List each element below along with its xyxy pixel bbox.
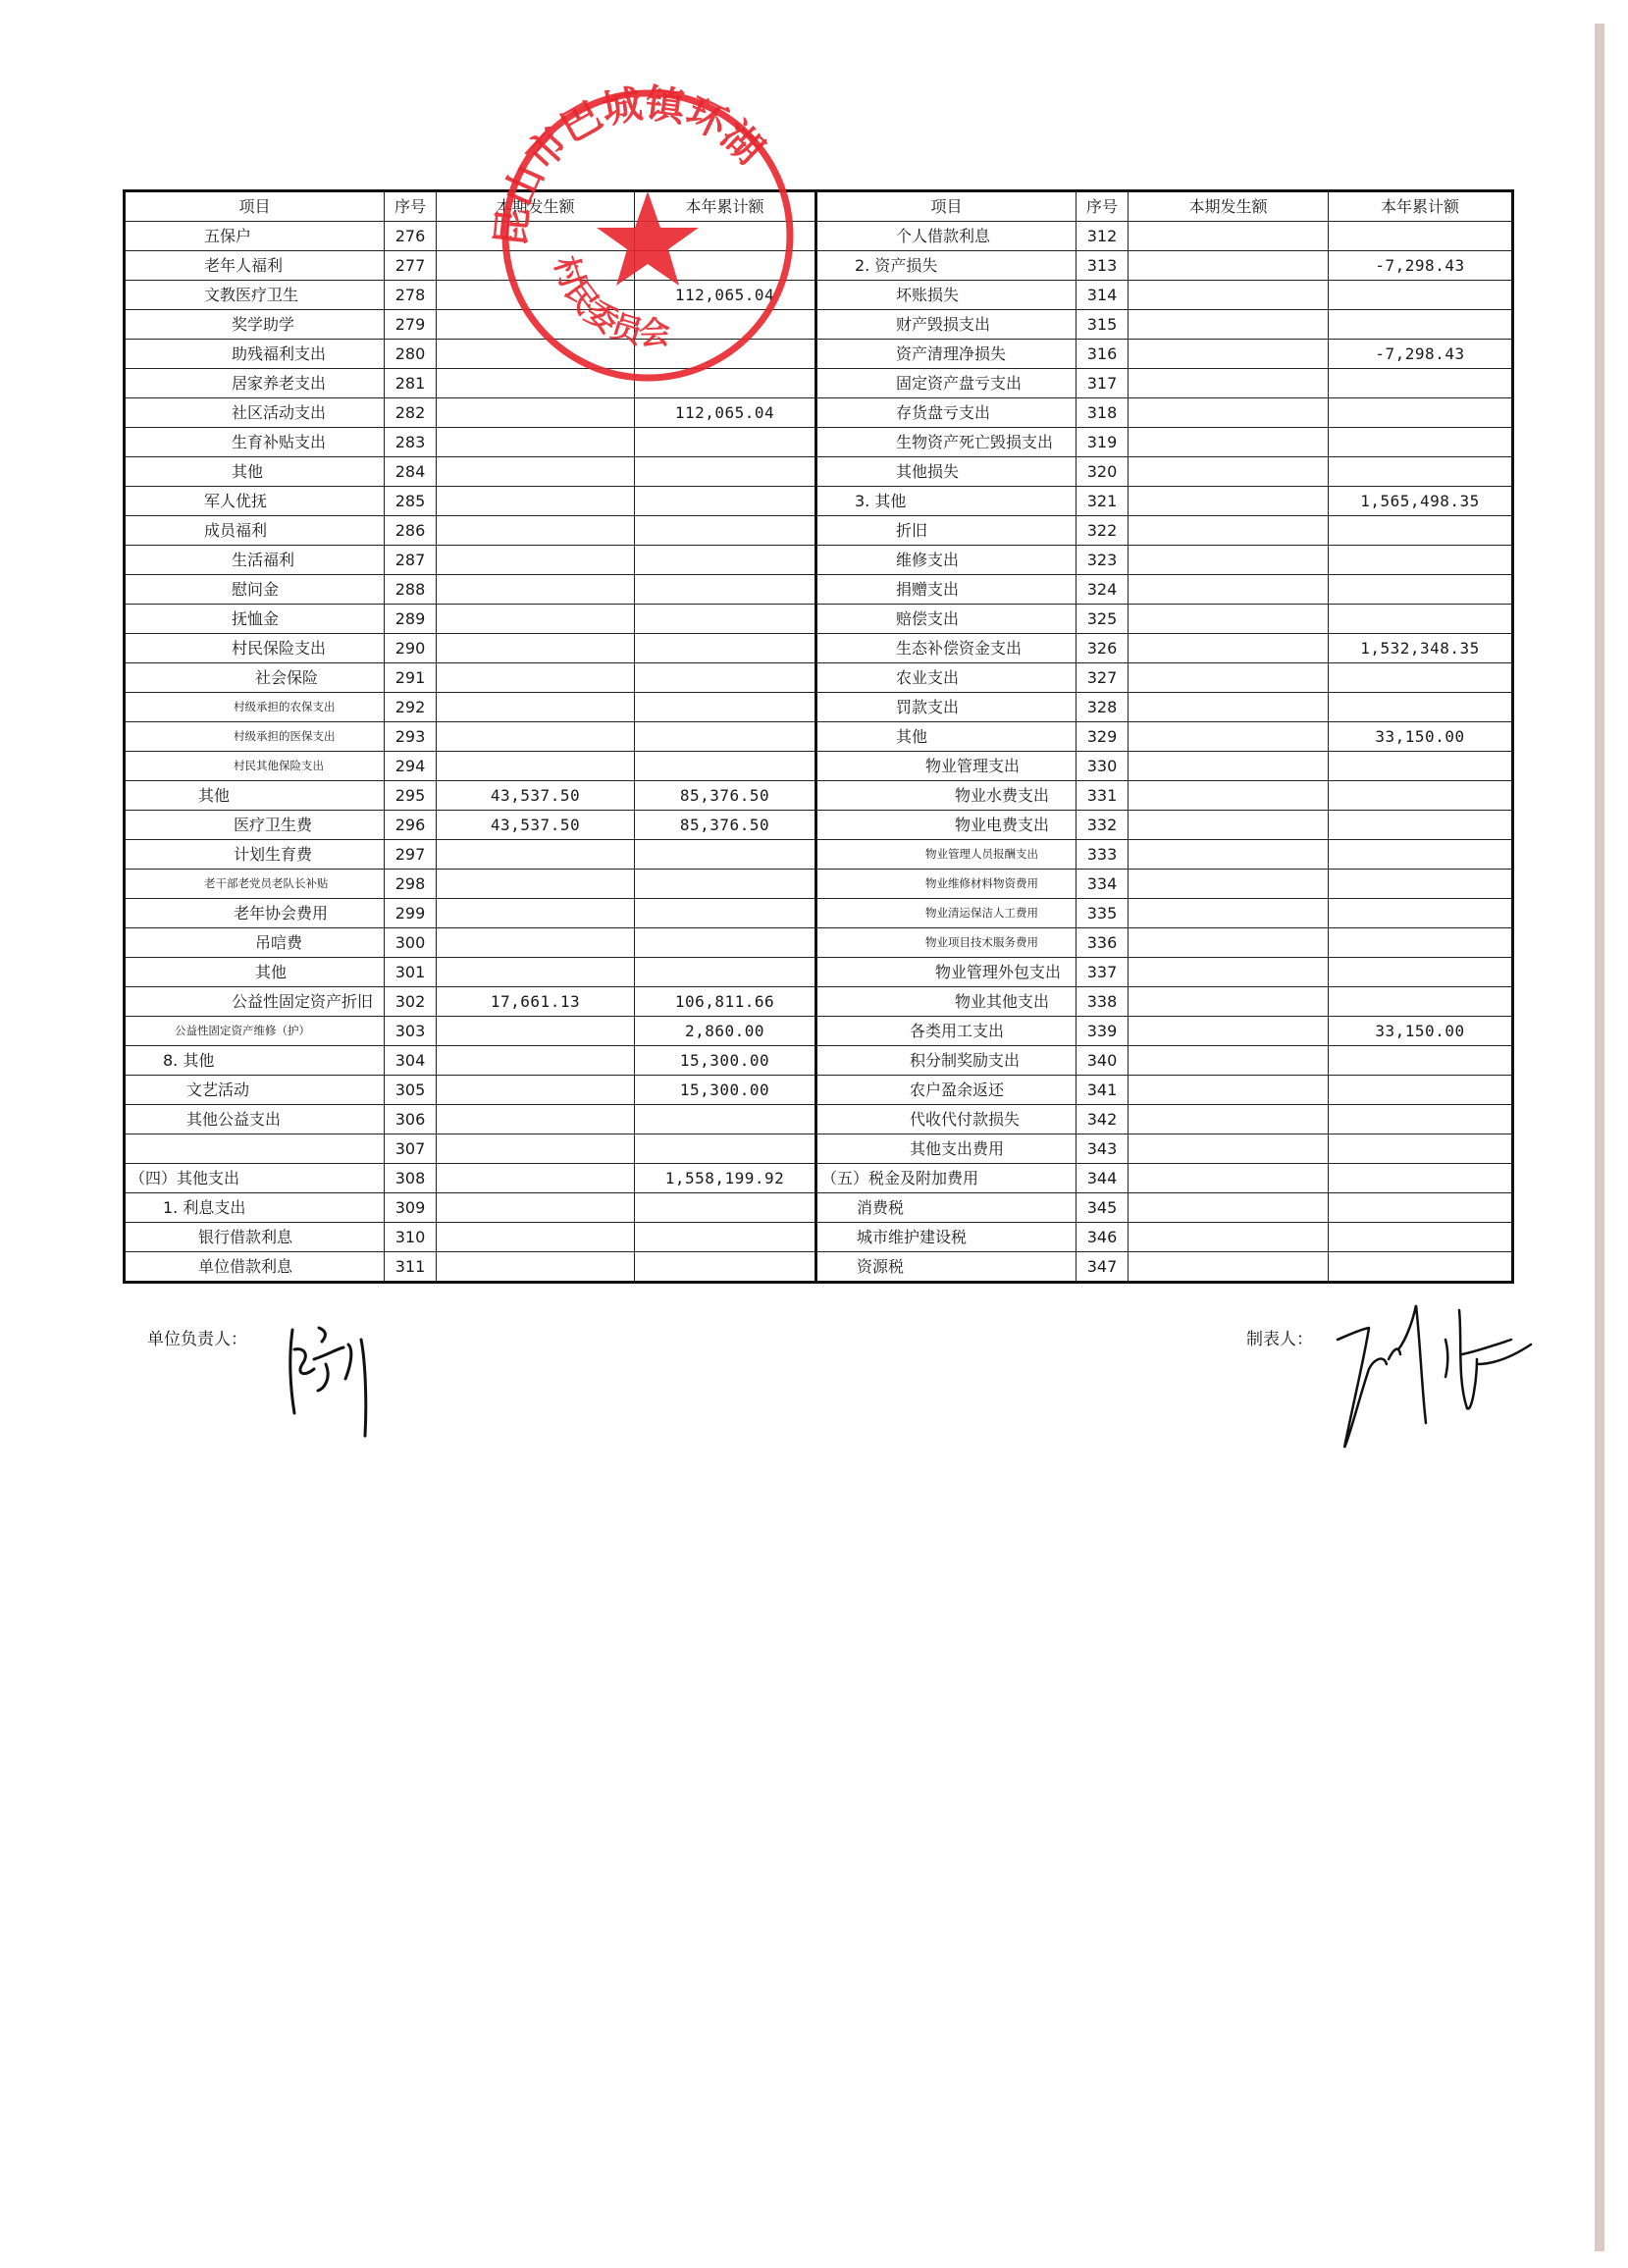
- current-amount-cell: [1129, 516, 1329, 546]
- current-amount-cell: [437, 428, 635, 457]
- seq-cell: 343: [1077, 1134, 1129, 1164]
- seq-cell: 284: [385, 457, 437, 487]
- seq-cell: 314: [1077, 281, 1129, 310]
- current-amount-cell: [1129, 1252, 1329, 1283]
- ytd-amount-cell: [635, 516, 816, 546]
- ytd-amount-cell: [1329, 605, 1513, 634]
- seq-cell: 327: [1077, 663, 1129, 693]
- item-name-cell: 公益性固定资产维修（护）: [125, 1017, 385, 1046]
- current-amount-cell: 43,537.50: [437, 781, 635, 811]
- ytd-amount-cell: [635, 340, 816, 369]
- item-name-cell: 赔偿支出: [816, 605, 1077, 634]
- table-row: 医疗卫生费29643,537.5085,376.50物业电费支出332: [125, 811, 1513, 840]
- item-name-cell: 抚恤金: [125, 605, 385, 634]
- seq-cell: 338: [1077, 987, 1129, 1017]
- seq-cell: 317: [1077, 369, 1129, 398]
- seq-cell: 288: [385, 575, 437, 605]
- table-row: 银行借款利息310城市维护建设税346: [125, 1223, 1513, 1252]
- ytd-amount-cell: [1329, 516, 1513, 546]
- current-amount-cell: [437, 281, 635, 310]
- table-row: 307其他支出费用343: [125, 1134, 1513, 1164]
- current-amount-cell: [1129, 722, 1329, 752]
- item-name-cell: 物业其他支出: [816, 987, 1077, 1017]
- seq-cell: 277: [385, 251, 437, 281]
- current-amount-cell: [1129, 1223, 1329, 1252]
- item-name-cell: 老干部老党员老队长补贴: [125, 870, 385, 899]
- seq-cell: 322: [1077, 516, 1129, 546]
- table-row: 其他284其他损失320: [125, 457, 1513, 487]
- header-item-left: 项目: [125, 191, 385, 222]
- seq-cell: 278: [385, 281, 437, 310]
- seq-cell: 280: [385, 340, 437, 369]
- seq-cell: 298: [385, 870, 437, 899]
- item-name-cell: 3. 其他: [816, 487, 1077, 516]
- expense-report-table: 项目 序号 本期发生额 本年累计额 项目 序号 本期发生额 本年累计额 五保户2…: [123, 189, 1514, 1284]
- table-row: 生育补贴支出283生物资产死亡毁损支出319: [125, 428, 1513, 457]
- table-row: 其他公益支出306代收代付款损失342: [125, 1105, 1513, 1134]
- item-name-cell: 城市维护建设税: [816, 1223, 1077, 1252]
- ytd-amount-cell: 112,065.04: [635, 281, 816, 310]
- table-row: 公益性固定资产折旧30217,661.13106,811.66物业其他支出338: [125, 987, 1513, 1017]
- ytd-amount-cell: [635, 634, 816, 663]
- table-row: 社区活动支出282112,065.04存货盘亏支出318: [125, 398, 1513, 428]
- current-amount-cell: [1129, 310, 1329, 340]
- seq-cell: 289: [385, 605, 437, 634]
- current-amount-cell: [437, 1164, 635, 1193]
- table-row: 1. 利息支出309消费税345: [125, 1193, 1513, 1223]
- ytd-amount-cell: 106,811.66: [635, 987, 816, 1017]
- table-row: 老年人福利2772. 资产损失313-7,298.43: [125, 251, 1513, 281]
- seq-cell: 304: [385, 1046, 437, 1076]
- ytd-amount-cell: [1329, 1164, 1513, 1193]
- current-amount-cell: [1129, 987, 1329, 1017]
- table-row: 抚恤金289赔偿支出325: [125, 605, 1513, 634]
- table-header-row: 项目 序号 本期发生额 本年累计额 项目 序号 本期发生额 本年累计额: [125, 191, 1513, 222]
- item-name-cell: 物业管理外包支出: [816, 958, 1077, 987]
- current-amount-cell: [1129, 1193, 1329, 1223]
- current-amount-cell: [1129, 781, 1329, 811]
- current-amount-cell: [1129, 928, 1329, 958]
- item-name-cell: 文教医疗卫生: [125, 281, 385, 310]
- current-amount-cell: [437, 1193, 635, 1223]
- seq-cell: 310: [385, 1223, 437, 1252]
- current-amount-cell: [437, 1046, 635, 1076]
- item-name-cell: 8. 其他: [125, 1046, 385, 1076]
- item-name-cell: 资源税: [816, 1252, 1077, 1283]
- table-row: 老干部老党员老队长补贴298物业维修材料物资费用334: [125, 870, 1513, 899]
- item-name-cell: 村级承担的农保支出: [125, 693, 385, 722]
- seq-cell: 324: [1077, 575, 1129, 605]
- current-amount-cell: [1129, 663, 1329, 693]
- item-name-cell: 生态补偿资金支出: [816, 634, 1077, 663]
- table-row: 慰问金288捐赠支出324: [125, 575, 1513, 605]
- item-name-cell: 村民其他保险支出: [125, 752, 385, 781]
- current-amount-cell: [437, 1223, 635, 1252]
- seq-cell: 309: [385, 1193, 437, 1223]
- seq-cell: 341: [1077, 1076, 1129, 1105]
- current-amount-cell: [437, 310, 635, 340]
- seq-cell: 331: [1077, 781, 1129, 811]
- current-amount-cell: [437, 1134, 635, 1164]
- item-name-cell: 罚款支出: [816, 693, 1077, 722]
- seq-cell: 332: [1077, 811, 1129, 840]
- seq-cell: 282: [385, 398, 437, 428]
- seq-cell: 323: [1077, 546, 1129, 575]
- header-current-left: 本期发生额: [437, 191, 635, 222]
- seq-cell: 296: [385, 811, 437, 840]
- ytd-amount-cell: 33,150.00: [1329, 722, 1513, 752]
- current-amount-cell: [437, 693, 635, 722]
- seq-cell: 300: [385, 928, 437, 958]
- current-amount-cell: 17,661.13: [437, 987, 635, 1017]
- current-amount-cell: [437, 840, 635, 870]
- item-name-cell: 其他支出费用: [816, 1134, 1077, 1164]
- table-row: 计划生育费297物业管理人员报酬支出333: [125, 840, 1513, 870]
- item-name-cell: 其他公益支出: [125, 1105, 385, 1134]
- current-amount-cell: [437, 634, 635, 663]
- item-name-cell: 村民保险支出: [125, 634, 385, 663]
- ytd-amount-cell: [1329, 457, 1513, 487]
- seq-cell: 292: [385, 693, 437, 722]
- current-amount-cell: [437, 369, 635, 398]
- seq-cell: 345: [1077, 1193, 1129, 1223]
- item-name-cell: 维修支出: [816, 546, 1077, 575]
- ytd-amount-cell: [1329, 899, 1513, 928]
- ytd-amount-cell: [1329, 870, 1513, 899]
- item-name-cell: （五）税金及附加费用: [816, 1164, 1077, 1193]
- seq-cell: 290: [385, 634, 437, 663]
- item-name-cell: 存货盘亏支出: [816, 398, 1077, 428]
- seq-cell: 276: [385, 222, 437, 251]
- item-name-cell: 积分制奖励支出: [816, 1046, 1077, 1076]
- ytd-amount-cell: [1329, 310, 1513, 340]
- current-amount-cell: [437, 516, 635, 546]
- scan-edge-bar: [1595, 24, 1604, 2251]
- item-name-cell: 物业水费支出: [816, 781, 1077, 811]
- ytd-amount-cell: [635, 222, 816, 251]
- seq-cell: 344: [1077, 1164, 1129, 1193]
- current-amount-cell: [437, 1017, 635, 1046]
- table-row: 军人优抚2853. 其他3211,565,498.35: [125, 487, 1513, 516]
- current-amount-cell: [1129, 251, 1329, 281]
- item-name-cell: 银行借款利息: [125, 1223, 385, 1252]
- current-amount-cell: [1129, 1046, 1329, 1076]
- seq-cell: 321: [1077, 487, 1129, 516]
- item-name-cell: 坏账损失: [816, 281, 1077, 310]
- ytd-amount-cell: [1329, 428, 1513, 457]
- current-amount-cell: [1129, 840, 1329, 870]
- unit-head-label: 单位负责人：: [147, 1325, 247, 1349]
- table-row: 文教医疗卫生278112,065.04坏账损失314: [125, 281, 1513, 310]
- item-name-cell: 社会保险: [125, 663, 385, 693]
- item-name-cell: 老年协会费用: [125, 899, 385, 928]
- seq-cell: 342: [1077, 1105, 1129, 1134]
- table-row: 8. 其他30415,300.00积分制奖励支出340: [125, 1046, 1513, 1076]
- ytd-amount-cell: 1,558,199.92: [635, 1164, 816, 1193]
- ytd-amount-cell: [635, 1223, 816, 1252]
- table-row: 吊唁费300物业项目技术服务费用336: [125, 928, 1513, 958]
- ytd-amount-cell: [635, 722, 816, 752]
- header-seq-right: 序号: [1077, 191, 1129, 222]
- seq-cell: 307: [385, 1134, 437, 1164]
- table-row: 成员福利286折旧322: [125, 516, 1513, 546]
- table-row: 奖学助学279财产毁损支出315: [125, 310, 1513, 340]
- seq-cell: 308: [385, 1164, 437, 1193]
- item-name-cell: 代收代付款损失: [816, 1105, 1077, 1134]
- table-row: 村级承担的农保支出292罚款支出328: [125, 693, 1513, 722]
- current-amount-cell: [1129, 752, 1329, 781]
- current-amount-cell: [437, 457, 635, 487]
- header-ytd-right: 本年累计额: [1329, 191, 1513, 222]
- item-name-cell: 五保户: [125, 222, 385, 251]
- item-name-cell: 物业清运保洁人工费用: [816, 899, 1077, 928]
- ytd-amount-cell: [635, 487, 816, 516]
- current-amount-cell: [437, 722, 635, 752]
- item-name-cell: 农业支出: [816, 663, 1077, 693]
- item-name-cell: [125, 1134, 385, 1164]
- ytd-amount-cell: [635, 958, 816, 987]
- seq-cell: 336: [1077, 928, 1129, 958]
- seq-cell: 347: [1077, 1252, 1129, 1283]
- seq-cell: 333: [1077, 840, 1129, 870]
- current-amount-cell: [1129, 222, 1329, 251]
- seq-cell: 328: [1077, 693, 1129, 722]
- current-amount-cell: [1129, 1076, 1329, 1105]
- current-amount-cell: [437, 663, 635, 693]
- table-row: 社会保险291农业支出327: [125, 663, 1513, 693]
- current-amount-cell: [1129, 546, 1329, 575]
- current-amount-cell: [437, 251, 635, 281]
- ytd-amount-cell: [1329, 1076, 1513, 1105]
- current-amount-cell: [437, 398, 635, 428]
- preparer-signature: [1330, 1300, 1575, 1457]
- current-amount-cell: [1129, 811, 1329, 840]
- header-seq-left: 序号: [385, 191, 437, 222]
- header-item-right: 项目: [816, 191, 1077, 222]
- item-name-cell: 各类用工支出: [816, 1017, 1077, 1046]
- seq-cell: 301: [385, 958, 437, 987]
- ytd-amount-cell: [1329, 663, 1513, 693]
- item-name-cell: 其他损失: [816, 457, 1077, 487]
- current-amount-cell: [437, 958, 635, 987]
- item-name-cell: 计划生育费: [125, 840, 385, 870]
- ytd-amount-cell: [1329, 1252, 1513, 1283]
- item-name-cell: 农户盈余返还: [816, 1076, 1077, 1105]
- ytd-amount-cell: [635, 1252, 816, 1283]
- ytd-amount-cell: [635, 899, 816, 928]
- ytd-amount-cell: [635, 840, 816, 870]
- current-amount-cell: [437, 1252, 635, 1283]
- current-amount-cell: [437, 899, 635, 928]
- seq-cell: 326: [1077, 634, 1129, 663]
- seq-cell: 330: [1077, 752, 1129, 781]
- item-name-cell: 军人优抚: [125, 487, 385, 516]
- seq-cell: 340: [1077, 1046, 1129, 1076]
- current-amount-cell: [437, 546, 635, 575]
- table-row: 生活福利287维修支出323: [125, 546, 1513, 575]
- item-name-cell: （四）其他支出: [125, 1164, 385, 1193]
- seq-cell: 316: [1077, 340, 1129, 369]
- preparer-label: 制表人：: [1246, 1325, 1313, 1349]
- current-amount-cell: [1129, 575, 1329, 605]
- item-name-cell: 物业项目技术服务费用: [816, 928, 1077, 958]
- seq-cell: 279: [385, 310, 437, 340]
- item-name-cell: 生物资产死亡毁损支出: [816, 428, 1077, 457]
- current-amount-cell: [1129, 605, 1329, 634]
- item-name-cell: 消费税: [816, 1193, 1077, 1223]
- item-name-cell: 公益性固定资产折旧: [125, 987, 385, 1017]
- table-row: 居家养老支出281固定资产盘亏支出317: [125, 369, 1513, 398]
- current-amount-cell: [437, 222, 635, 251]
- table-row: 文艺活动30515,300.00农户盈余返还341: [125, 1076, 1513, 1105]
- current-amount-cell: [1129, 457, 1329, 487]
- ytd-amount-cell: [635, 457, 816, 487]
- item-name-cell: 1. 利息支出: [125, 1193, 385, 1223]
- ytd-amount-cell: 112,065.04: [635, 398, 816, 428]
- current-amount-cell: [437, 340, 635, 369]
- item-name-cell: 单位借款利息: [125, 1252, 385, 1283]
- item-name-cell: 其他: [125, 457, 385, 487]
- ytd-amount-cell: 85,376.50: [635, 811, 816, 840]
- item-name-cell: 老年人福利: [125, 251, 385, 281]
- current-amount-cell: [1129, 428, 1329, 457]
- seq-cell: 281: [385, 369, 437, 398]
- ytd-amount-cell: [635, 1134, 816, 1164]
- ytd-amount-cell: [635, 310, 816, 340]
- current-amount-cell: [437, 752, 635, 781]
- table-row: 村民其他保险支出294物业管理支出330: [125, 752, 1513, 781]
- item-name-cell: 居家养老支出: [125, 369, 385, 398]
- table-row: 其他29543,537.5085,376.50物业水费支出331: [125, 781, 1513, 811]
- ytd-amount-cell: [1329, 840, 1513, 870]
- ytd-amount-cell: [635, 1105, 816, 1134]
- ytd-amount-cell: 33,150.00: [1329, 1017, 1513, 1046]
- item-name-cell: 社区活动支出: [125, 398, 385, 428]
- seq-cell: 312: [1077, 222, 1129, 251]
- ytd-amount-cell: [1329, 958, 1513, 987]
- seq-cell: 302: [385, 987, 437, 1017]
- seq-cell: 335: [1077, 899, 1129, 928]
- ytd-amount-cell: -7,298.43: [1329, 340, 1513, 369]
- ytd-amount-cell: [1329, 575, 1513, 605]
- ytd-amount-cell: 2,860.00: [635, 1017, 816, 1046]
- item-name-cell: 2. 资产损失: [816, 251, 1077, 281]
- table-row: 村民保险支出290生态补偿资金支出3261,532,348.35: [125, 634, 1513, 663]
- ytd-amount-cell: [1329, 281, 1513, 310]
- ytd-amount-cell: [1329, 752, 1513, 781]
- seq-cell: 303: [385, 1017, 437, 1046]
- seq-cell: 287: [385, 546, 437, 575]
- ytd-amount-cell: [635, 369, 816, 398]
- current-amount-cell: [437, 1076, 635, 1105]
- current-amount-cell: [1129, 634, 1329, 663]
- ytd-amount-cell: [1329, 928, 1513, 958]
- seq-cell: 291: [385, 663, 437, 693]
- ytd-amount-cell: [1329, 398, 1513, 428]
- seq-cell: 320: [1077, 457, 1129, 487]
- ytd-amount-cell: [1329, 781, 1513, 811]
- header-ytd-left: 本年累计额: [635, 191, 816, 222]
- ytd-amount-cell: [635, 1193, 816, 1223]
- ytd-amount-cell: [1329, 1105, 1513, 1134]
- header-current-right: 本期发生额: [1129, 191, 1329, 222]
- seq-cell: 337: [1077, 958, 1129, 987]
- table-row: 村级承担的医保支出293其他32933,150.00: [125, 722, 1513, 752]
- item-name-cell: 财产毁损支出: [816, 310, 1077, 340]
- seq-cell: 325: [1077, 605, 1129, 634]
- ytd-amount-cell: 85,376.50: [635, 781, 816, 811]
- ytd-amount-cell: [1329, 369, 1513, 398]
- item-name-cell: 生活福利: [125, 546, 385, 575]
- ytd-amount-cell: [635, 575, 816, 605]
- seq-cell: 319: [1077, 428, 1129, 457]
- current-amount-cell: [1129, 1017, 1329, 1046]
- item-name-cell: 吊唁费: [125, 928, 385, 958]
- table-row: 其他301物业管理外包支出337: [125, 958, 1513, 987]
- ytd-amount-cell: [635, 605, 816, 634]
- ytd-amount-cell: [635, 928, 816, 958]
- item-name-cell: 其他: [816, 722, 1077, 752]
- seq-cell: 295: [385, 781, 437, 811]
- ytd-amount-cell: [1329, 546, 1513, 575]
- current-amount-cell: [1129, 1134, 1329, 1164]
- item-name-cell: 村级承担的医保支出: [125, 722, 385, 752]
- table-row: （四）其他支出3081,558,199.92（五）税金及附加费用344: [125, 1164, 1513, 1193]
- seq-cell: 286: [385, 516, 437, 546]
- current-amount-cell: [1129, 487, 1329, 516]
- seq-cell: 306: [385, 1105, 437, 1134]
- seq-cell: 293: [385, 722, 437, 752]
- seq-cell: 318: [1077, 398, 1129, 428]
- ytd-amount-cell: [1329, 1193, 1513, 1223]
- current-amount-cell: 43,537.50: [437, 811, 635, 840]
- current-amount-cell: [1129, 398, 1329, 428]
- unit-head-signature: [275, 1320, 402, 1448]
- ytd-amount-cell: [635, 546, 816, 575]
- ytd-amount-cell: 15,300.00: [635, 1076, 816, 1105]
- item-name-cell: 物业电费支出: [816, 811, 1077, 840]
- current-amount-cell: [437, 605, 635, 634]
- item-name-cell: 折旧: [816, 516, 1077, 546]
- item-name-cell: 捐赠支出: [816, 575, 1077, 605]
- ytd-amount-cell: [1329, 1223, 1513, 1252]
- table-row: 老年协会费用299物业清运保洁人工费用335: [125, 899, 1513, 928]
- item-name-cell: 助残福利支出: [125, 340, 385, 369]
- ytd-amount-cell: [635, 752, 816, 781]
- current-amount-cell: [1129, 958, 1329, 987]
- seq-cell: 297: [385, 840, 437, 870]
- ytd-amount-cell: [1329, 1046, 1513, 1076]
- ytd-amount-cell: 1,532,348.35: [1329, 634, 1513, 663]
- current-amount-cell: [1129, 369, 1329, 398]
- current-amount-cell: [1129, 693, 1329, 722]
- current-amount-cell: [1129, 1164, 1329, 1193]
- table-row: 单位借款利息311资源税347: [125, 1252, 1513, 1283]
- seq-cell: 334: [1077, 870, 1129, 899]
- item-name-cell: 物业管理人员报酬支出: [816, 840, 1077, 870]
- ytd-amount-cell: [635, 251, 816, 281]
- seq-cell: 329: [1077, 722, 1129, 752]
- current-amount-cell: [437, 870, 635, 899]
- seq-cell: 294: [385, 752, 437, 781]
- ytd-amount-cell: [1329, 1134, 1513, 1164]
- table-row: 五保户276个人借款利息312: [125, 222, 1513, 251]
- current-amount-cell: [1129, 1105, 1329, 1134]
- item-name-cell: 物业维修材料物资费用: [816, 870, 1077, 899]
- seq-cell: 299: [385, 899, 437, 928]
- item-name-cell: 其他: [125, 958, 385, 987]
- ytd-amount-cell: [635, 693, 816, 722]
